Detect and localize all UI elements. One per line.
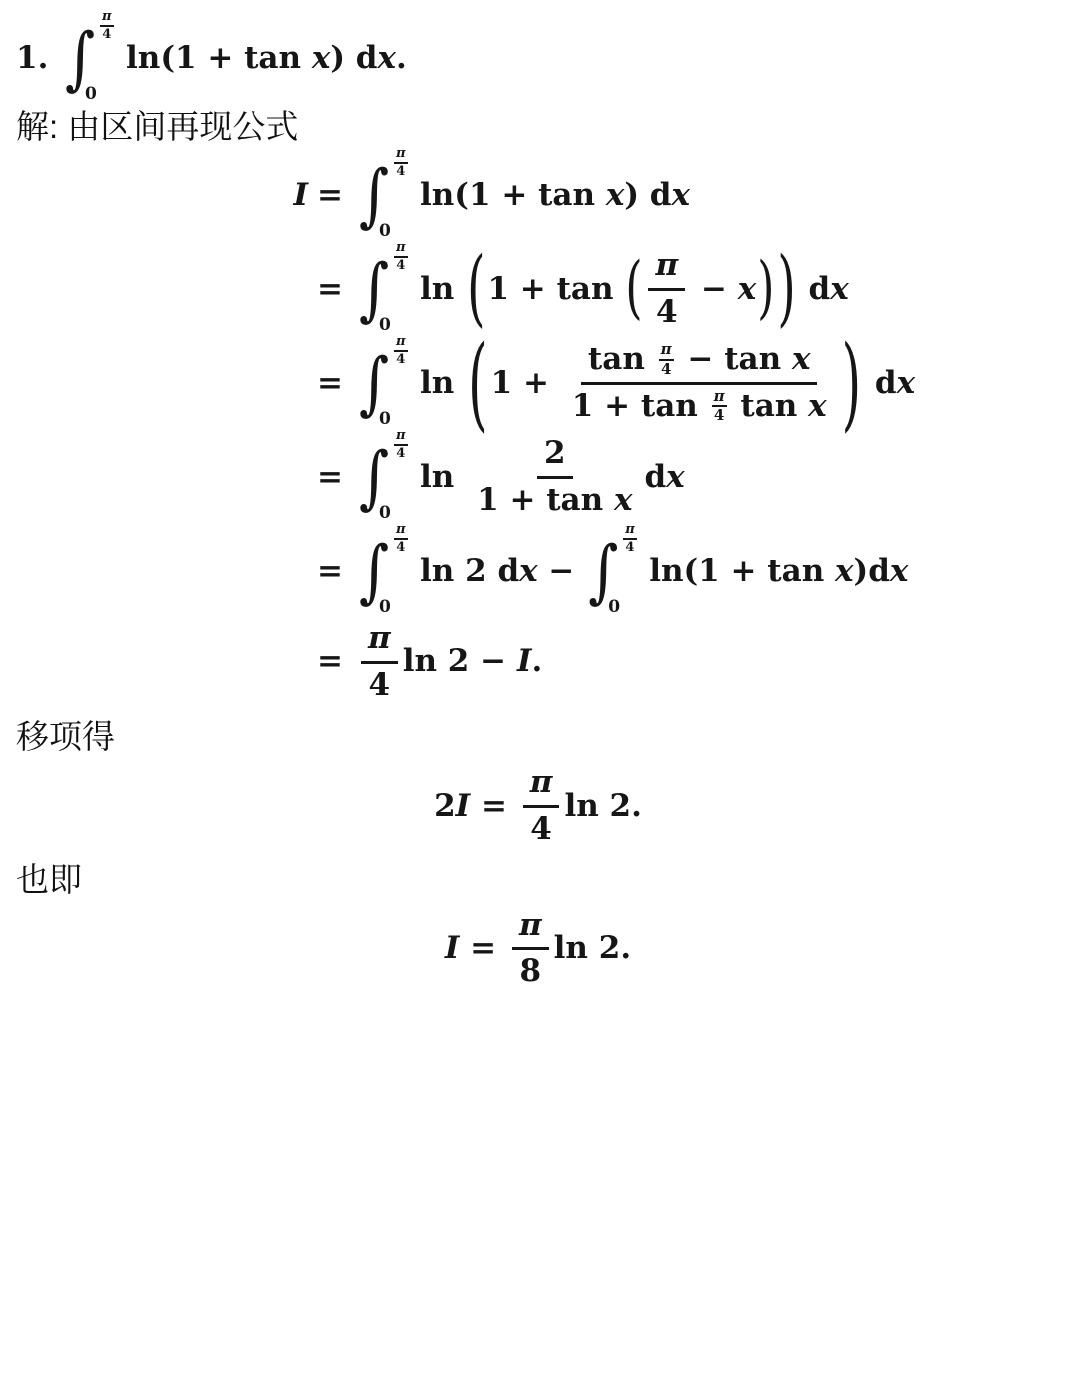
math-variable: π [519, 906, 542, 945]
math-variable: x [606, 176, 624, 215]
math-text: ln [420, 270, 465, 309]
fraction-numerator: π [394, 147, 408, 164]
math-variable: I [456, 787, 471, 826]
math-variable: x [377, 39, 395, 78]
small-fraction: π4 [394, 241, 408, 272]
integral: ∫π40 [585, 525, 649, 617]
math-variable: x [808, 387, 826, 426]
fraction-numerator: π [394, 429, 408, 446]
problem-statement: 1. ∫π40ln(1 + tan x) dx. [16, 12, 1060, 104]
math-text: ln [420, 458, 465, 497]
derivation-rhs: ∫π40ln 21 + tan xdx [356, 431, 685, 523]
fraction-denominator: 4 [394, 352, 407, 367]
math-variable: x [738, 270, 756, 309]
math-text: 4 [656, 293, 678, 332]
integral-lower-limit: 0 [379, 599, 391, 616]
math-variable: π [661, 342, 672, 358]
math-variable: x [519, 552, 537, 591]
small-fraction: π4 [100, 10, 114, 41]
math-text: 4 [369, 666, 391, 705]
math-text: . [396, 39, 407, 78]
math-text: . [531, 642, 542, 681]
problem-number: 1. [16, 39, 62, 78]
math-text: 0 [379, 503, 391, 523]
math-text: ln(1 + tan [420, 176, 606, 215]
math-variable: x [614, 481, 632, 520]
derivation-line-3: = ∫π40ln (1 + tan π4 − tan x1 + tan π4 t… [274, 337, 1060, 429]
math-variable: π [530, 763, 553, 802]
math-variable: π [102, 10, 112, 24]
fraction: π8 [512, 906, 549, 992]
math-text: − tan [677, 340, 792, 379]
math-variable: π [396, 147, 406, 161]
equals-sign: = [308, 642, 356, 681]
fraction-numerator: π [394, 241, 408, 258]
math-variable: π [655, 246, 678, 285]
fraction-denominator: 4 [649, 291, 685, 332]
integral-lower-limit: 0 [379, 317, 391, 334]
math-variable: x [897, 364, 915, 403]
open-paren: ( [625, 255, 642, 323]
math-variable: x [830, 270, 848, 309]
math-text: 0 [608, 597, 620, 617]
fraction-denominator: 4 [394, 258, 407, 273]
math-text: 1 + tan [572, 387, 709, 426]
fraction-numerator: π [394, 523, 408, 540]
fraction-denominator: 1 + tan π4 tan x [565, 385, 834, 426]
math-text: ) d [330, 39, 377, 78]
math-text: ) d [624, 176, 671, 215]
derivation-line-2: = ∫π40ln (1 + tan (π4 − x)) dx [274, 243, 1060, 335]
fraction-numerator: 2 [537, 434, 573, 479]
close-paren: ) [842, 332, 862, 435]
math-text: 8 [520, 952, 542, 991]
math-text: 4 [396, 259, 405, 273]
integral-sign: ∫ [359, 161, 389, 229]
math-text: d [644, 458, 666, 497]
fraction-numerator: π [712, 389, 727, 408]
math-text: ln(1 + tan [126, 39, 312, 78]
fraction-numerator: π [394, 335, 408, 352]
math-variable: x [792, 340, 810, 379]
math-text: )d [854, 552, 890, 591]
math-text: 4 [396, 541, 405, 555]
fraction-denominator: 8 [513, 950, 549, 991]
small-fraction: π4 [394, 335, 408, 366]
fraction-denominator: 4 [394, 540, 407, 555]
open-paren: ( [468, 332, 488, 435]
equals-sign: = [308, 364, 356, 403]
open-paren: ( [467, 247, 485, 331]
fraction-denominator: 1 + tan x [470, 479, 639, 520]
integral: ∫π40 [356, 149, 420, 241]
integral-upper-limit: π4 [391, 335, 411, 366]
fraction-denominator: 4 [394, 164, 407, 179]
derivation-line-1: I = ∫π40ln(1 + tan x) dx [274, 149, 1060, 241]
small-fraction: π4 [712, 389, 727, 425]
fraction-numerator: π [512, 906, 549, 951]
integral-sign: ∫ [359, 443, 389, 511]
math-text: 1 + tan [487, 270, 624, 309]
math-text: 4 [396, 353, 405, 367]
equation-final: I = π8ln 2. [16, 906, 1060, 992]
integral-upper-limit: π4 [97, 10, 117, 41]
small-fraction: π4 [394, 523, 408, 554]
small-fraction: π4 [623, 523, 637, 554]
fraction: π4 [648, 246, 685, 332]
math-variable: x [312, 39, 330, 78]
fraction-denominator: 4 [659, 361, 673, 378]
math-text: 0 [379, 315, 391, 335]
math-text: − [690, 270, 738, 309]
fraction-numerator: π [623, 523, 637, 540]
math-variable: I [517, 642, 532, 681]
math-text: 1 + tan [477, 481, 614, 520]
math-text: tan [730, 387, 809, 426]
math-text: ln 2. [564, 787, 641, 826]
integral: ∫π40 [356, 243, 420, 335]
fraction: 21 + tan x [470, 434, 639, 520]
fraction: π4 [361, 619, 398, 705]
small-fraction: π4 [659, 342, 674, 378]
integral-upper-limit: π4 [391, 147, 411, 178]
fraction-numerator: tan π4 − tan x [581, 340, 818, 385]
math-variable: x [666, 458, 684, 497]
math-text: 4 [396, 447, 405, 461]
fraction-numerator: π [648, 246, 685, 291]
math-text: 0 [379, 597, 391, 617]
math-variable: π [396, 335, 406, 349]
math-variable: I [445, 929, 460, 968]
math-variable: π [368, 619, 391, 658]
integral-lower-limit: 0 [85, 86, 97, 103]
math-text: 0 [85, 84, 97, 104]
integral: ∫π40 [356, 431, 420, 523]
fraction-numerator: π [361, 619, 398, 664]
integral-upper-limit: π4 [391, 523, 411, 554]
math-text: 4 [714, 408, 724, 424]
derivation-rhs: π4ln 2 − I. [356, 619, 542, 705]
math-variable: π [396, 523, 406, 537]
integral: ∫π40 [356, 525, 420, 617]
integral-lower-limit: 0 [608, 599, 620, 616]
math-text: 2 [544, 434, 566, 473]
math-variable: π [714, 389, 725, 405]
fraction-denominator: 4 [362, 664, 398, 705]
math-text: d [798, 270, 830, 309]
math-text: 0 [379, 409, 391, 429]
derivation-block: I = ∫π40ln(1 + tan x) dx = ∫π40ln (1 + t… [274, 149, 1060, 705]
fraction-denominator: 4 [712, 407, 726, 424]
math-text: = [470, 787, 518, 826]
math-text: tan [588, 340, 656, 379]
derivation-rhs: ∫π40ln 2 dx − ∫π40ln(1 + tan x)dx [356, 525, 908, 617]
math-text: 4 [625, 541, 634, 555]
math-variable: x [890, 552, 908, 591]
derivation-lhs: I [274, 176, 308, 215]
math-text: ln 2 d [420, 552, 519, 591]
math-text: 4 [661, 362, 671, 378]
fraction: π4 [523, 763, 560, 849]
math-text: d [864, 364, 896, 403]
document-page: 1. ∫π40ln(1 + tan x) dx. 解: 由区间再现公式 I = … [0, 0, 1080, 1397]
fraction-numerator: π [659, 342, 674, 361]
math-variable: π [396, 241, 406, 255]
fraction-denominator: 4 [394, 446, 407, 461]
fraction-denominator: 4 [623, 540, 636, 555]
math-variable: I [293, 176, 308, 215]
integral-upper-limit: π4 [391, 241, 411, 272]
fraction-numerator: π [523, 763, 560, 808]
derivation-rhs: ∫π40ln (1 + tan (π4 − x)) dx [356, 243, 849, 335]
small-fraction: π4 [394, 147, 408, 178]
derivation-rhs: ∫π40ln(1 + tan x) dx [356, 149, 690, 241]
math-text: = [459, 929, 507, 968]
problem-math: ∫π40ln(1 + tan x) dx. [62, 12, 407, 104]
derivation-line-6: = π4ln 2 − I. [274, 619, 1060, 705]
math-variable: π [625, 523, 635, 537]
equation-rearranged: 2I = π4ln 2. [16, 763, 1060, 849]
math-text: ln 2 − [403, 642, 517, 681]
integral: ∫π40 [356, 337, 420, 429]
integral-upper-limit: π4 [391, 429, 411, 460]
math-text: ln 2. [554, 929, 631, 968]
integral-lower-limit: 0 [379, 223, 391, 240]
small-fraction: π4 [394, 429, 408, 460]
math-text: 0 [379, 221, 391, 241]
integral-lower-limit: 0 [379, 505, 391, 522]
equals-sign: = [308, 176, 356, 215]
derivation-line-5: = ∫π40ln 2 dx − ∫π40ln(1 + tan x)dx [274, 525, 1060, 617]
derivation-line-4: = ∫π40ln 21 + tan xdx [274, 431, 1060, 523]
math-text: 4 [102, 28, 111, 42]
integral-sign: ∫ [588, 537, 618, 605]
integral-sign: ∫ [65, 24, 95, 92]
math-variable: π [396, 429, 406, 443]
math-variable: x [671, 176, 689, 215]
fraction-numerator: π [100, 10, 114, 27]
equals-sign: = [308, 270, 356, 309]
math-text: 4 [530, 810, 552, 849]
derivation-rhs: ∫π40ln (1 + tan π4 − tan x1 + tan π4 tan… [356, 337, 915, 429]
integral-sign: ∫ [359, 537, 389, 605]
solution-intro-text: 解: 由区间再现公式 [16, 106, 1060, 149]
close-paren: ) [777, 247, 795, 331]
fraction-denominator: 4 [523, 808, 559, 849]
math-text: 1 + [491, 364, 560, 403]
equals-sign: = [308, 458, 356, 497]
equals-sign: = [308, 552, 356, 591]
rearrange-text: 移项得 [16, 716, 1060, 759]
integral-sign: ∫ [359, 255, 389, 323]
integral-sign: ∫ [359, 349, 389, 417]
math-text: − [538, 552, 586, 591]
math-text: 4 [396, 165, 405, 179]
integral: ∫π40 [62, 12, 126, 104]
integral-upper-limit: π4 [620, 523, 640, 554]
fraction-denominator: 4 [100, 27, 113, 42]
math-text: 2 [434, 787, 456, 826]
fraction: tan π4 − tan x1 + tan π4 tan x [565, 340, 834, 426]
math-text: ln [420, 364, 465, 403]
math-text: ln(1 + tan [649, 552, 835, 591]
close-paren: ) [757, 255, 774, 323]
math-variable: x [835, 552, 853, 591]
that-is-text: 也即 [16, 859, 1060, 902]
integral-lower-limit: 0 [379, 411, 391, 428]
